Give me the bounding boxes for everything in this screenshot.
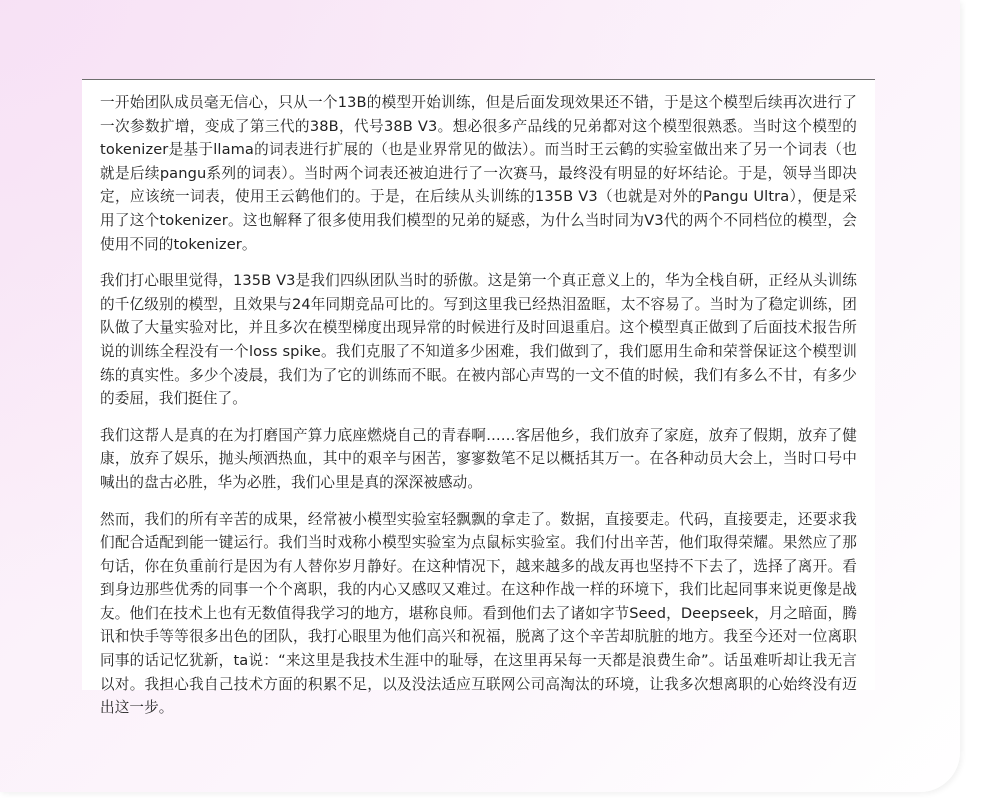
background-frame: 一开始团队成员毫无信心，只从一个13B的模型开始训练，但是后面发现效果还不错，于… [0, 0, 960, 792]
article-paragraph-4: 然而，我们的所有辛苦的成果，经常被小模型实验室轻飘飘的拿走了。数据，直接要走。代… [100, 508, 857, 720]
article-paragraph-2: 我们打心眼里觉得，135B V3是我们四纵团队当时的骄傲。这是第一个真正意义上的… [100, 269, 857, 411]
article-paragraph-3: 我们这帮人是真的在为打磨国产算力底座燃烧自己的青春啊……客居他乡，我们放弃了家庭… [100, 424, 857, 495]
article-paragraph-1: 一开始团队成员毫无信心，只从一个13B的模型开始训练，但是后面发现效果还不错，于… [100, 91, 857, 256]
article-card: 一开始团队成员毫无信心，只从一个13B的模型开始训练，但是后面发现效果还不错，于… [82, 79, 875, 690]
